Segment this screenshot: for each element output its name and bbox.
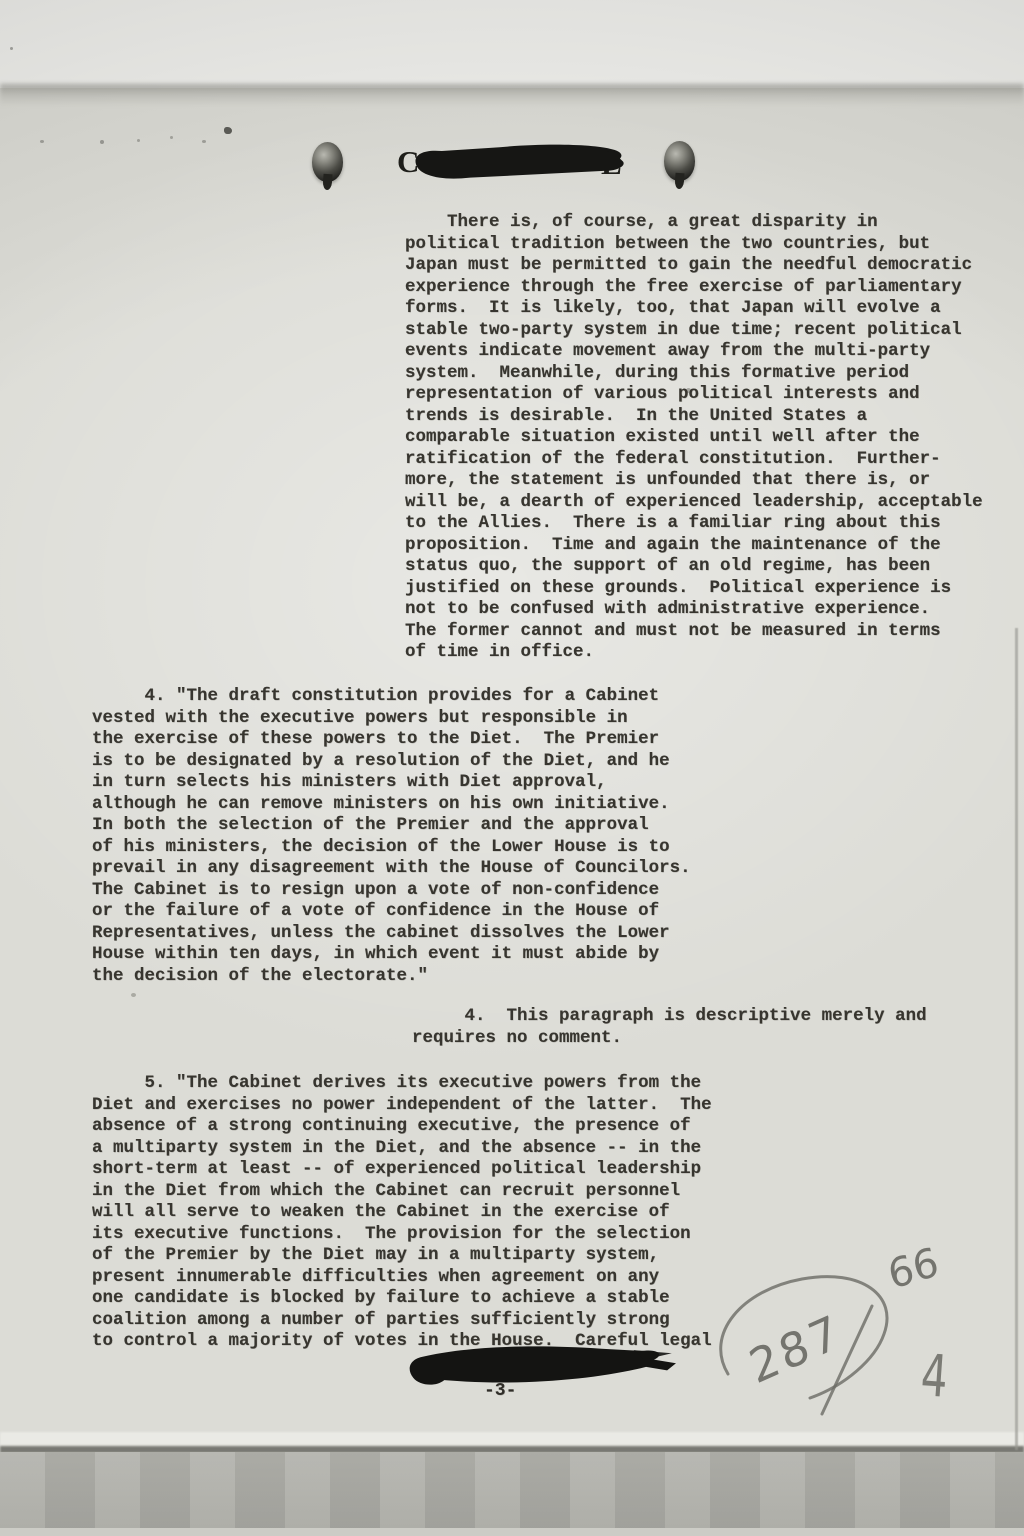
- scan-bottom-band: [0, 1452, 1024, 1529]
- page-right-edge: [1015, 628, 1018, 1450]
- paragraph-5-quote: 5. "The Cabinet derives its executive po…: [92, 1073, 712, 1353]
- paper-speck: [202, 140, 206, 143]
- paper-speck: [137, 139, 140, 142]
- scan-bottom-light-strip: [0, 1432, 1024, 1447]
- redaction-scribble-bottom: [404, 1339, 683, 1393]
- paper-speck: [131, 993, 136, 997]
- page-top-edge-shadow: [0, 84, 1024, 106]
- paper-speck: [40, 140, 44, 143]
- ink-blot: [224, 127, 232, 134]
- scan-top-margin: [0, 0, 1024, 88]
- brass-fastener-right-icon: [664, 141, 695, 181]
- handwritten-number-4: 4: [919, 1341, 950, 1411]
- page-number: -3-: [484, 1381, 516, 1401]
- scan-bottom-foot-strip: [0, 1528, 1024, 1536]
- brass-fastener-left-icon: [312, 142, 343, 182]
- paper-speck: [170, 136, 173, 139]
- paper-speck: [10, 47, 13, 50]
- scanned-document-page: C L There is, of course, a great dispari…: [0, 0, 1024, 1536]
- paragraph-4-comment: 4. This paragraph is descriptive merely …: [412, 1006, 927, 1049]
- paper-speck: [100, 140, 104, 144]
- paragraph-commentary-intro: There is, of course, a great disparity i…: [405, 212, 983, 664]
- paragraph-4-quote: 4. "The draft constitution provides for …: [92, 686, 691, 987]
- redaction-scribble-top: [410, 139, 627, 184]
